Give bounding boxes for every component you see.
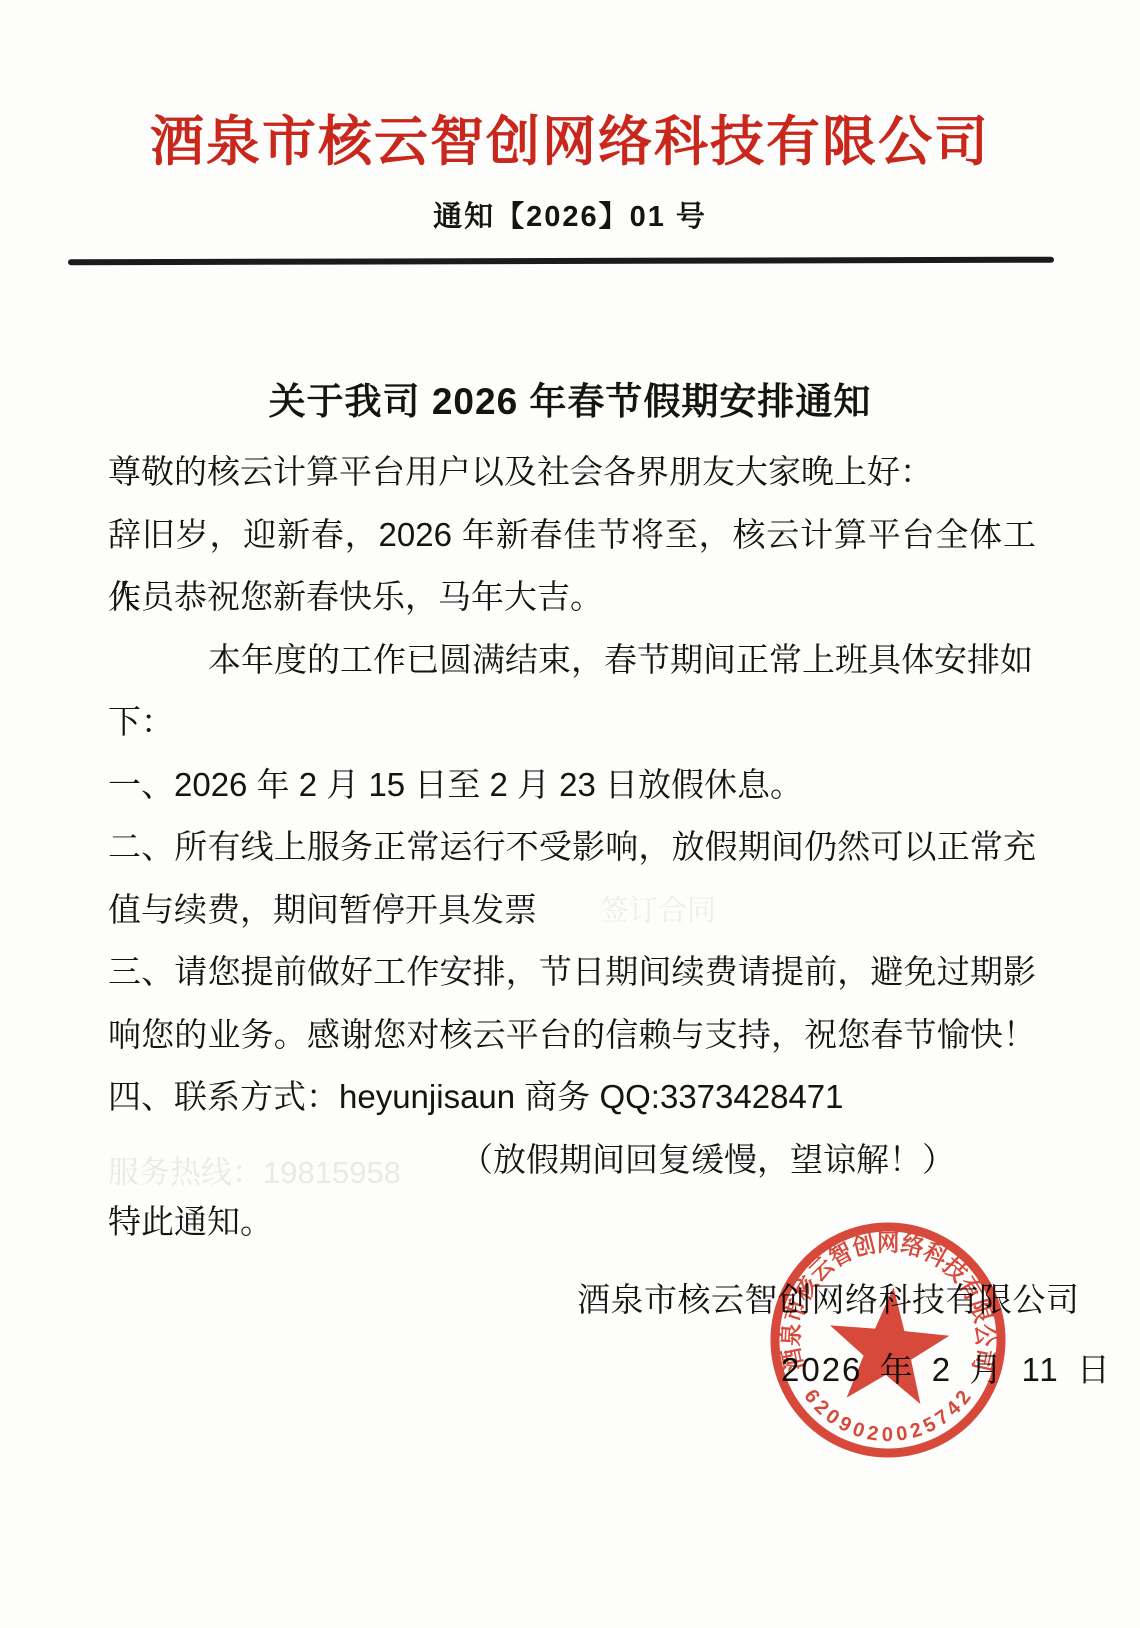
erased-ghost-text-service-line: 服务热线：19815958	[108, 1147, 401, 1192]
company-name-title: 酒泉市核云智创网络科技有限公司	[0, 99, 1140, 176]
erased-ghost-text: 签订合同	[600, 888, 716, 929]
body-line: 值与续费，期间暂停开具发票	[108, 879, 1036, 942]
body-line: 下：	[108, 691, 1036, 754]
body-line: 人员恭祝您新春快乐，马年大吉。	[108, 566, 1036, 629]
notice-title: 关于我司 2026 年春节假期安排通知	[0, 371, 1140, 425]
body-line: 辞旧岁，迎新春，2026 年新春佳节将至，核云计算平台全体工作	[108, 504, 1036, 567]
body-line: 本年度的工作已圆满结束，春节期间正常上班具体安排如	[108, 629, 1036, 692]
body-line: 尊敬的核云计算平台用户以及社会各界朋友大家晚上好：	[108, 441, 1036, 504]
body-line: 三、请您提前做好工作安排，节日期间续费请提前，避免过期影	[108, 941, 1036, 1004]
header-divider-rule	[68, 257, 1054, 266]
notice-document-page: 酒泉市核云智创网络科技有限公司 通知【2026】01 号 关于我司 2026 年…	[0, 0, 1140, 1628]
seal-star-icon	[824, 1282, 953, 1406]
body-line: 四、联系方式：heyunjisaun 商务 QQ:3373428471	[108, 1066, 1036, 1129]
body-line: 一、2026 年 2 月 15 日至 2 月 23 日放假休息。	[108, 754, 1036, 817]
company-seal-stamp-icon: 酒泉市核云智创网络科技有限公司 6209020025742	[760, 1212, 1016, 1468]
body-line: 二、所有线上服务正常运行不受影响，放假期间仍然可以正常充	[108, 816, 1036, 879]
doc-number: 通知【2026】01 号	[0, 194, 1140, 235]
body-line: 响您的业务。感谢您对核云平台的信赖与支持，祝您春节愉快！	[108, 1004, 1036, 1067]
notice-body: 尊敬的核云计算平台用户以及社会各界朋友大家晚上好： 辞旧岁，迎新春，2026 年…	[108, 441, 1036, 1254]
